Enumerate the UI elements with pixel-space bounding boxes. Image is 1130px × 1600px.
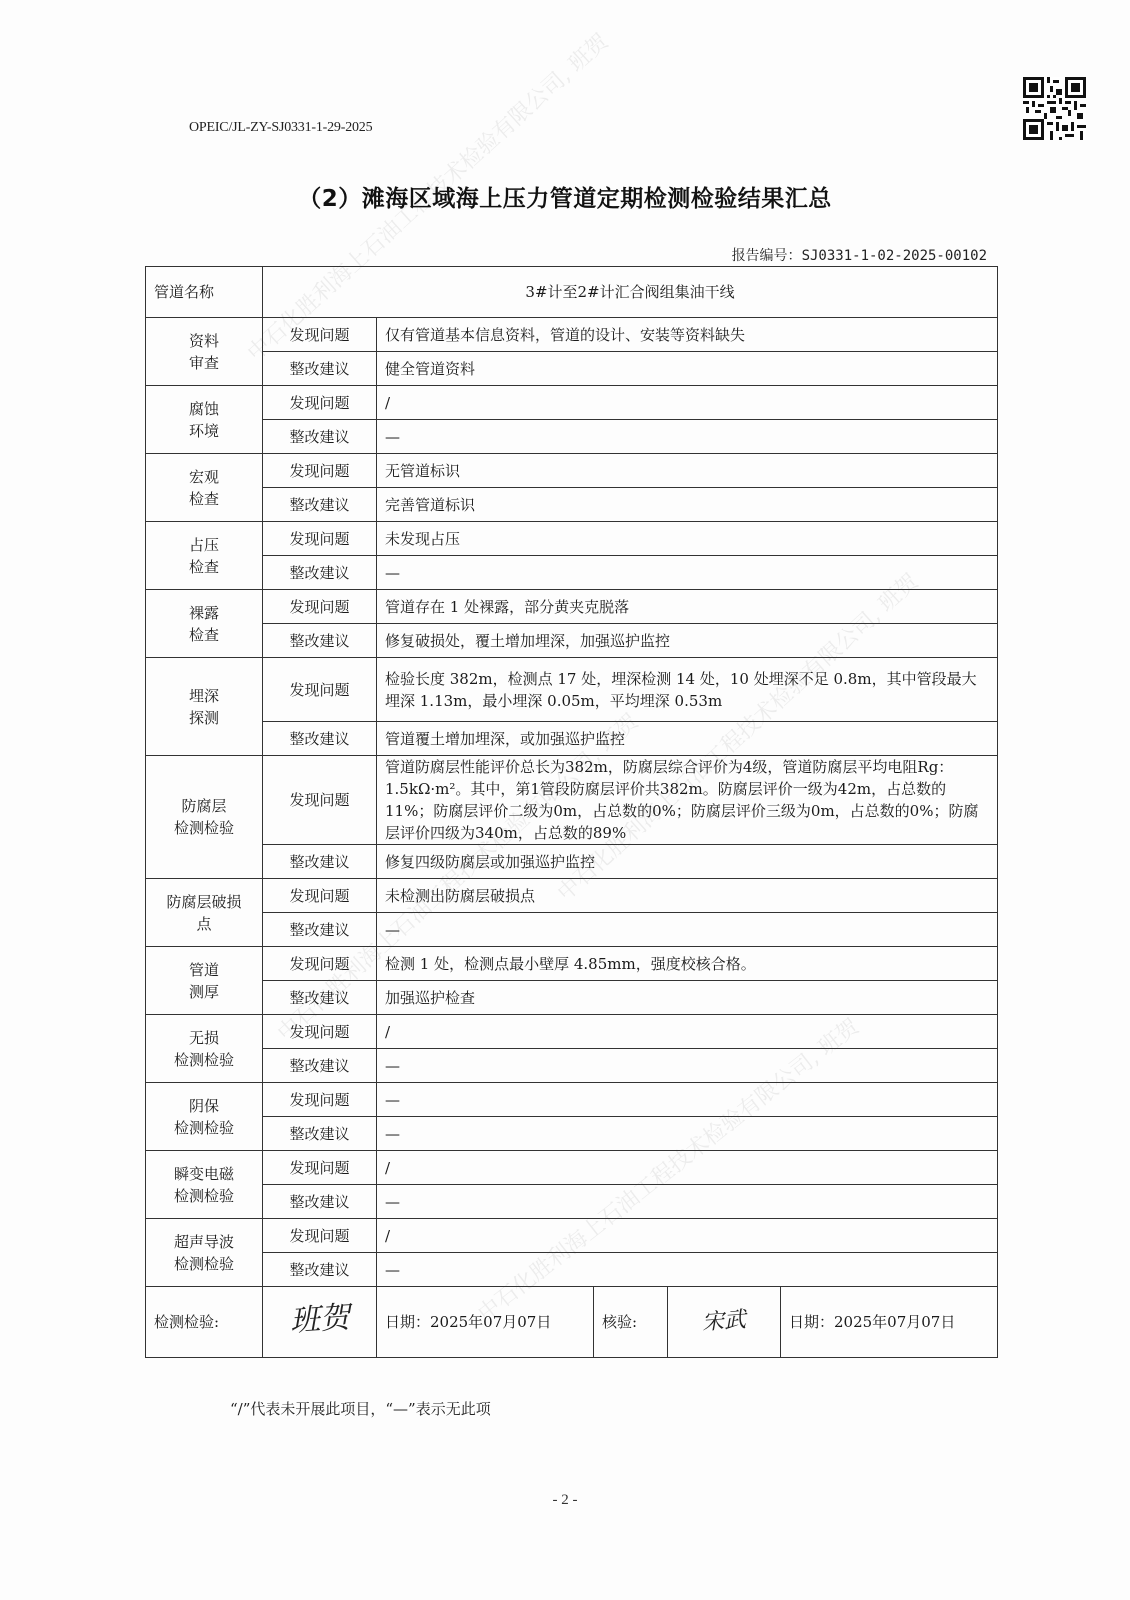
advice-row: 整改建议健全管道资料 [146, 352, 998, 386]
advice-row: 整改建议— [146, 913, 998, 947]
advice-label: 整改建议 [263, 1253, 377, 1287]
finding-value: 管道存在 1 处裸露，部分黄夹克脱落 [377, 590, 998, 624]
advice-value: 加强巡护检查 [377, 981, 998, 1015]
pipeline-name-row: 管道名称 3#计至2#计汇合阀组集油干线 [146, 267, 998, 318]
advice-label: 整改建议 [263, 420, 377, 454]
finding-value: — [377, 1083, 998, 1117]
advice-label: 整改建议 [263, 352, 377, 386]
advice-value: — [377, 913, 998, 947]
advice-label: 整改建议 [263, 845, 377, 879]
finding-value: 检测 1 处，检测点最小壁厚 4.85mm，强度校核合格。 [377, 947, 998, 981]
advice-value: 健全管道资料 [377, 352, 998, 386]
advice-row: 整改建议修复四级防腐层或加强巡护监控 [146, 845, 998, 879]
advice-row: 整改建议— [146, 420, 998, 454]
advice-value: 修复四级防腐层或加强巡护监控 [377, 845, 998, 879]
reviewer-signature: 宋武 [668, 1287, 781, 1358]
advice-row: 整改建议— [146, 1049, 998, 1083]
page-title: （2）滩海区域海上压力管道定期检测检验结果汇总 [0, 180, 1130, 213]
section-category: 防腐层检测检验 [146, 756, 263, 879]
advice-label: 整改建议 [263, 1117, 377, 1151]
qr-code-icon [1023, 77, 1086, 140]
section-category: 超声导波检测检验 [146, 1219, 263, 1287]
advice-value: 完善管道标识 [377, 488, 998, 522]
finding-row: 裸露检查发现问题管道存在 1 处裸露，部分黄夹克脱落 [146, 590, 998, 624]
finding-row: 占压检查发现问题未发现占压 [146, 522, 998, 556]
signoff-row: 检测检验:班贺日期：2025年07月07日核验:宋武日期：2025年07月07日 [146, 1287, 998, 1358]
advice-value: — [377, 1117, 998, 1151]
advice-row: 整改建议修复破损处，覆土增加埋深，加强巡护监控 [146, 624, 998, 658]
inspector-label: 检测检验: [146, 1287, 263, 1358]
section-category: 瞬变电磁检测检验 [146, 1151, 263, 1219]
advice-value: 修复破损处，覆土增加埋深，加强巡护监控 [377, 624, 998, 658]
finding-label: 发现问题 [263, 879, 377, 913]
finding-row: 防腐层检测检验发现问题管道防腐层性能评价总长为382m，防腐层综合评价为4级，管… [146, 756, 998, 845]
advice-row: 整改建议— [146, 556, 998, 590]
finding-row: 管道测厚发现问题检测 1 处，检测点最小壁厚 4.85mm，强度校核合格。 [146, 947, 998, 981]
section-category: 管道测厚 [146, 947, 263, 1015]
finding-row: 阴保检测检验发现问题— [146, 1083, 998, 1117]
finding-label: 发现问题 [263, 1083, 377, 1117]
finding-row: 瞬变电磁检测检验发现问题/ [146, 1151, 998, 1185]
advice-label: 整改建议 [263, 488, 377, 522]
section-category: 资料审查 [146, 318, 263, 386]
advice-row: 整改建议完善管道标识 [146, 488, 998, 522]
finding-label: 发现问题 [263, 386, 377, 420]
finding-value: / [377, 386, 998, 420]
pipeline-name-value: 3#计至2#计汇合阀组集油干线 [263, 267, 998, 318]
finding-label: 发现问题 [263, 947, 377, 981]
finding-row: 防腐层破损点发现问题未检测出防腐层破损点 [146, 879, 998, 913]
finding-value: 未检测出防腐层破损点 [377, 879, 998, 913]
finding-label: 发现问题 [263, 1219, 377, 1253]
section-category: 腐蚀环境 [146, 386, 263, 454]
finding-label: 发现问题 [263, 1015, 377, 1049]
inspection-results-table: 管道名称 3#计至2#计汇合阀组集油干线 资料审查发现问题仅有管道基本信息资料，… [145, 266, 998, 1358]
advice-label: 整改建议 [263, 1185, 377, 1219]
reviewer-date: 日期：2025年07月07日 [781, 1287, 998, 1358]
advice-label: 整改建议 [263, 556, 377, 590]
finding-label: 发现问题 [263, 658, 377, 722]
finding-row: 埋深探测发现问题检验长度 382m，检测点 17 处，埋深检测 14 处，10 … [146, 658, 998, 722]
finding-value: 未发现占压 [377, 522, 998, 556]
finding-row: 资料审查发现问题仅有管道基本信息资料，管道的设计、安装等资料缺失 [146, 318, 998, 352]
report-number-label: 报告编号： [732, 248, 802, 264]
inspector-signature: 班贺 [263, 1287, 377, 1358]
inspector-signature-text: 班贺 [289, 1307, 350, 1333]
advice-value: — [377, 1185, 998, 1219]
section-category: 阴保检测检验 [146, 1083, 263, 1151]
advice-label: 整改建议 [263, 1049, 377, 1083]
finding-value: 管道防腐层性能评价总长为382m，防腐层综合评价为4级，管道防腐层平均电阻Rg：… [377, 756, 998, 845]
section-category: 埋深探测 [146, 658, 263, 756]
advice-value: — [377, 1253, 998, 1287]
finding-label: 发现问题 [263, 1151, 377, 1185]
finding-label: 发现问题 [263, 590, 377, 624]
report-number: 报告编号：SJ0331-1-02-2025-00102 [732, 245, 987, 265]
section-category: 防腐层破损点 [146, 879, 263, 947]
finding-value: 仅有管道基本信息资料，管道的设计、安装等资料缺失 [377, 318, 998, 352]
page-number: - 2 - [0, 1492, 1130, 1509]
advice-row: 整改建议— [146, 1253, 998, 1287]
finding-value: / [377, 1151, 998, 1185]
finding-row: 腐蚀环境发现问题/ [146, 386, 998, 420]
section-category: 宏观检查 [146, 454, 263, 522]
document-code: OPEIC/JL-ZY-SJ0331-1-29-2025 [189, 120, 372, 136]
finding-row: 无损检测检验发现问题/ [146, 1015, 998, 1049]
finding-value: / [377, 1015, 998, 1049]
advice-label: 整改建议 [263, 981, 377, 1015]
advice-value: 管道覆土增加埋深，或加强巡护监控 [377, 722, 998, 756]
finding-label: 发现问题 [263, 454, 377, 488]
advice-row: 整改建议— [146, 1185, 998, 1219]
finding-row: 宏观检查发现问题无管道标识 [146, 454, 998, 488]
finding-label: 发现问题 [263, 522, 377, 556]
finding-value: 无管道标识 [377, 454, 998, 488]
advice-row: 整改建议管道覆土增加埋深，或加强巡护监控 [146, 722, 998, 756]
advice-value: — [377, 1049, 998, 1083]
reviewer-signature-text: 宋武 [701, 1309, 746, 1334]
advice-row: 整改建议— [146, 1117, 998, 1151]
advice-label: 整改建议 [263, 913, 377, 947]
section-category: 占压检查 [146, 522, 263, 590]
inspector-date: 日期：2025年07月07日 [377, 1287, 594, 1358]
advice-label: 整改建议 [263, 624, 377, 658]
advice-value: — [377, 420, 998, 454]
finding-row: 超声导波检测检验发现问题/ [146, 1219, 998, 1253]
advice-value: — [377, 556, 998, 590]
finding-label: 发现问题 [263, 756, 377, 845]
section-category: 无损检测检验 [146, 1015, 263, 1083]
pipeline-name-label: 管道名称 [146, 267, 263, 318]
section-category: 裸露检查 [146, 590, 263, 658]
finding-value: 检验长度 382m，检测点 17 处，埋深检测 14 处，10 处埋深不足 0.… [377, 658, 998, 722]
finding-value: / [377, 1219, 998, 1253]
legend-note: “/”代表未开展此项目，“—”表示无此项 [230, 1398, 491, 1419]
finding-label: 发现问题 [263, 318, 377, 352]
reviewer-label: 核验: [594, 1287, 668, 1358]
advice-label: 整改建议 [263, 722, 377, 756]
report-number-value: SJ0331-1-02-2025-00102 [802, 248, 987, 264]
advice-row: 整改建议加强巡护检查 [146, 981, 998, 1015]
